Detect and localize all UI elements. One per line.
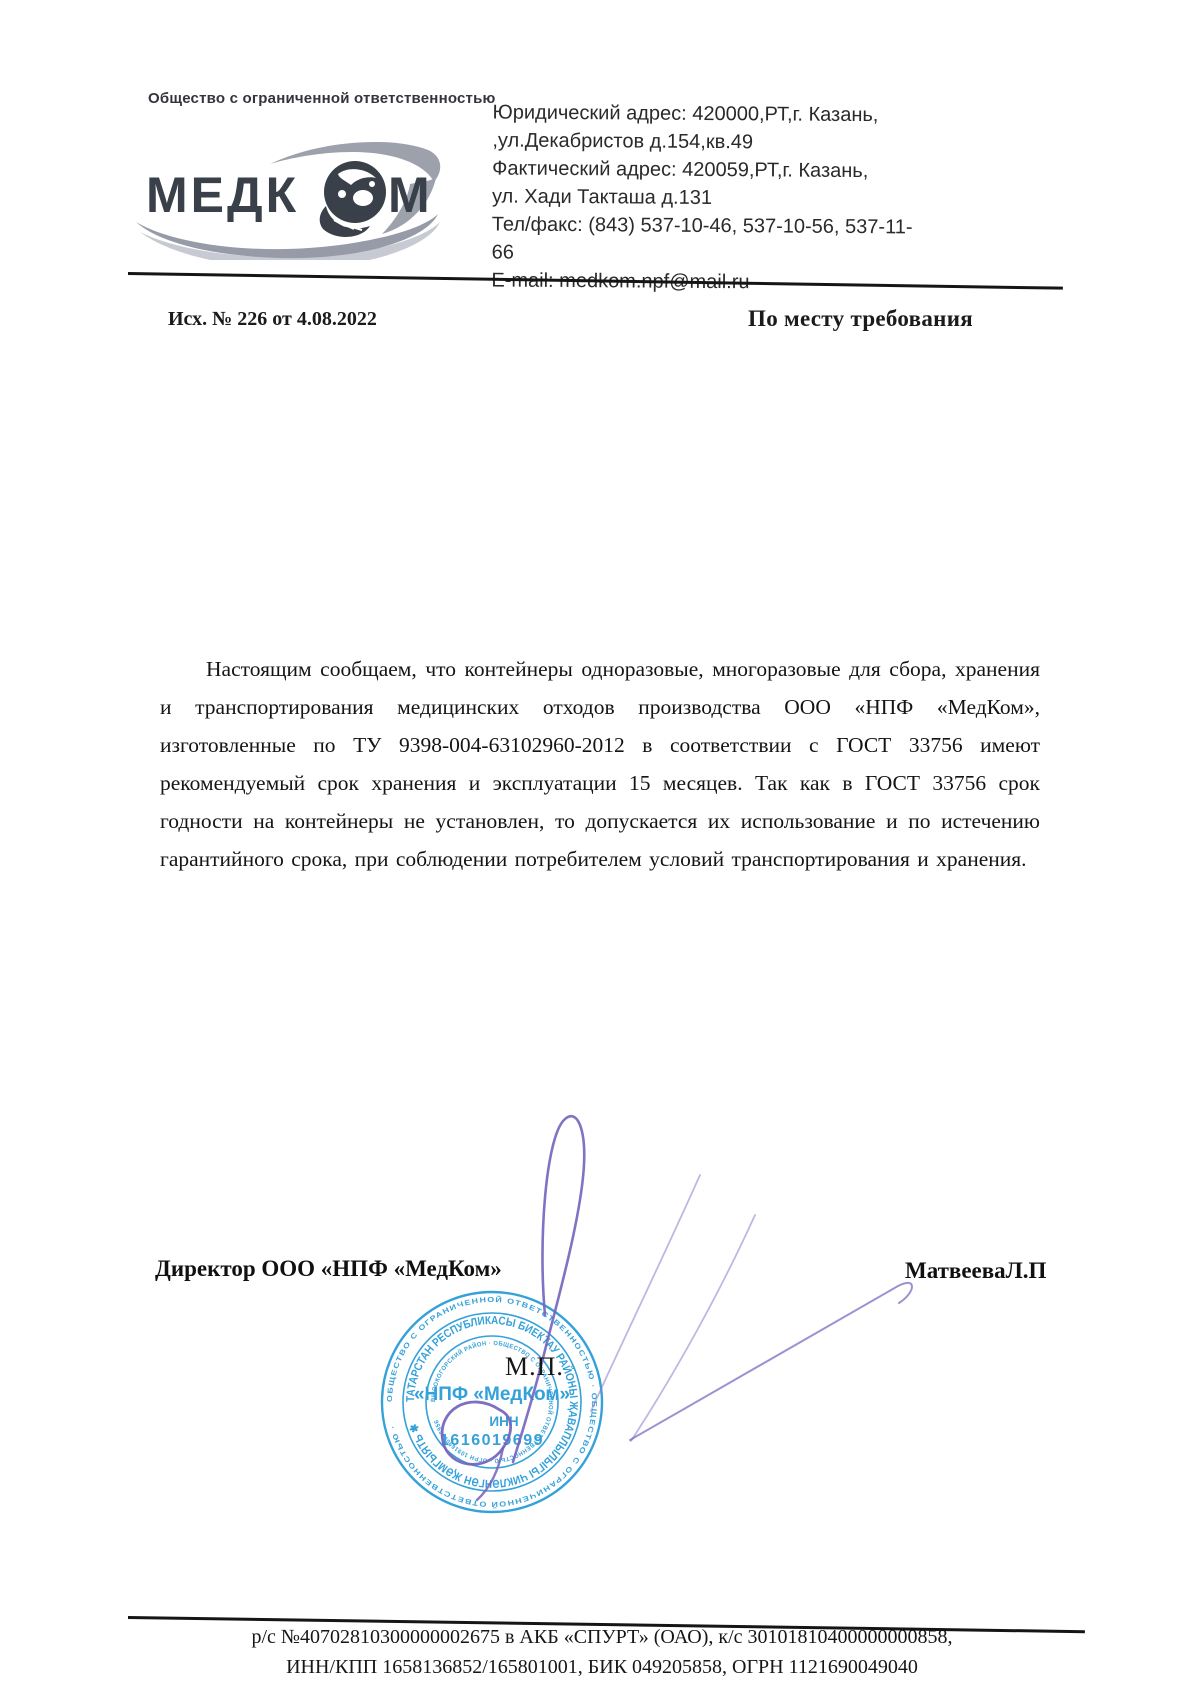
addressee: По месту требования bbox=[748, 306, 973, 332]
contact-line-phone: Тел/факс: (843) 537-10-46, 537-10-56, 53… bbox=[492, 210, 932, 269]
globe-icon bbox=[320, 161, 386, 237]
contact-line-legal-address2: ,ул.Декабристов д.154,кв.49 bbox=[492, 126, 932, 157]
company-contacts: Юридический адрес: 420000,РТ,г. Казань, … bbox=[491, 98, 932, 297]
footer-line-account: р/с №40702810300000002675 в АКБ «СПУРТ» … bbox=[132, 1622, 1072, 1652]
logo-text-left: МЕДК bbox=[146, 167, 299, 223]
contact-line-actual-address: Фактический адрес: 420059,РТ,г. Казань, bbox=[492, 154, 932, 185]
footer-bank-details: р/с №40702810300000002675 в АКБ «СПУРТ» … bbox=[132, 1622, 1072, 1682]
letter-body-paragraph: Настоящим сообщаем, что контейнеры однор… bbox=[160, 650, 1040, 878]
contact-line-actual-address2: ул. Хади Такташа д.131 bbox=[492, 182, 932, 213]
medkom-logo: МЕДК М bbox=[130, 136, 448, 260]
seal-mark: М.П. bbox=[505, 1352, 564, 1382]
contact-line-legal-address: Юридический адрес: 420000,РТ,г. Казань, bbox=[492, 98, 932, 129]
footer-line-inn: ИНН/КПП 1658136852/165801001, БИК 049205… bbox=[132, 1652, 1072, 1682]
director-signature bbox=[300, 1080, 940, 1540]
company-tagline: Общество с ограниченной ответственностью bbox=[148, 90, 496, 107]
logo-text-right: М bbox=[388, 167, 430, 223]
letter-page: Общество с ограниченной ответственностью… bbox=[0, 0, 1200, 1697]
outgoing-number: Исх. № 226 от 4.08.2022 bbox=[168, 308, 377, 331]
